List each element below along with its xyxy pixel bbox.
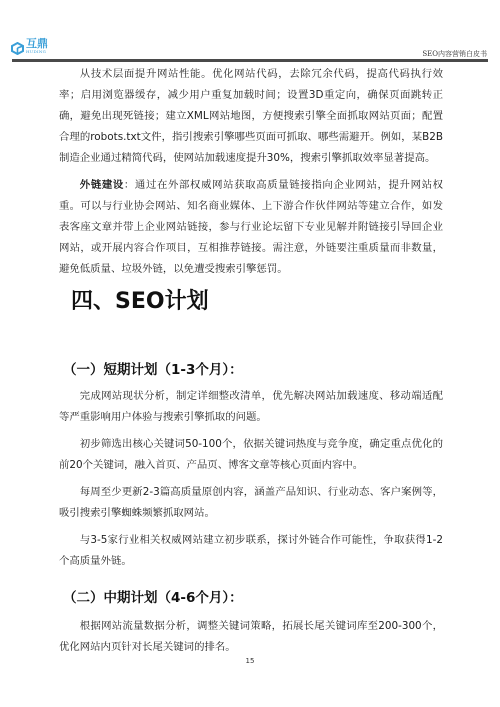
brand-logo: 互鼎 HUDING — [11, 36, 59, 56]
logo-english-text: HUDING — [26, 50, 48, 54]
cube-logo-icon — [11, 40, 24, 53]
short-term-paragraph: 每周至少更新2-3篇高质量原创内容，涵盖产品知识、行业动态、客户案例等，吸引搜索… — [59, 482, 443, 524]
logo-chinese-text: 互鼎 — [26, 38, 48, 49]
short-term-paragraph: 初步筛选出核心关键词50-100个，依据关键词热度与竞争度，确定重点优化的前20… — [59, 434, 443, 476]
document-title: SEO内容营销白皮书 — [422, 49, 487, 59]
paragraph-text: 从技术层面提升网站性能。优化网站代码，去除冗余代码，提高代码执行效率；启用浏览器… — [59, 68, 443, 164]
short-term-paragraph: 完成网站现状分析，制定详细整改清单，优先解决网站加载速度、移动端适配等严重影响用… — [59, 386, 443, 428]
short-term-paragraph: 与3-5家行业相关权威网站建立初步联系，探讨外链合作可能性，争取获得1-2个高质… — [59, 530, 443, 572]
paragraph-link-building: 外链建设：通过在外部权威网站获取高质量链接指向企业网站，提升网站权重。可以与行业… — [59, 175, 443, 280]
intro-content: 从技术层面提升网站性能。优化网站代码，去除冗余代码，提高代码执行效率；启用浏览器… — [59, 64, 443, 286]
page-number: 15 — [0, 657, 500, 665]
header-divider — [12, 59, 488, 62]
short-term-content: 完成网站现状分析，制定详细整改清单，优先解决网站加载速度、移动端适配等严重影响用… — [59, 386, 443, 578]
mid-term-paragraph: 根据网站流量数据分析，调整关键词策略，拓展长尾关键词库至200-300个，优化网… — [59, 616, 443, 658]
paragraph-technical-optimization: 从技术层面提升网站性能。优化网站代码，去除冗余代码，提高代码执行效率；启用浏览器… — [59, 64, 443, 169]
paragraph-lead: 外链建设 — [80, 179, 124, 191]
mid-term-heading: （二）中期计划（4-6个月）： — [63, 586, 243, 606]
short-term-heading: （一）短期计划（1-3个月）： — [63, 358, 243, 378]
section-title: 四、SEO计划 — [71, 284, 209, 315]
page-header: 互鼎 HUDING SEO内容营销白皮书 — [0, 0, 500, 64]
paragraph-text: ：通过在外部权威网站获取高质量链接指向企业网站，提升网站权重。可以与行业协会网站… — [59, 179, 443, 275]
